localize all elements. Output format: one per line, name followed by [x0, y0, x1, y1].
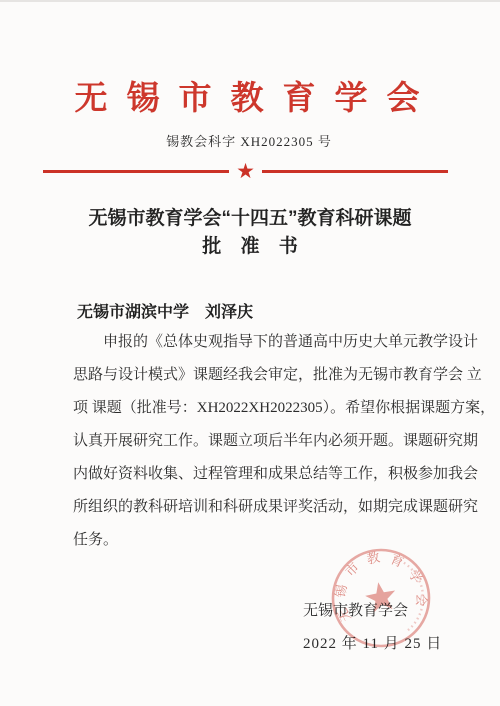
- body-line: 项 课题（批准号：XH2022XH2022305）。希望你根据课题方案，: [73, 392, 445, 425]
- divider-rule-left: [43, 170, 229, 173]
- document-title: 无锡市教育学会“十四五”教育科研课题 批 准 书: [0, 205, 500, 261]
- approval-body-paragraph: 申报的《总体史观指导下的普通高中历史大单元教学设计 思路与设计模式》课题经我会审…: [73, 326, 445, 557]
- letterhead-org-name: 无锡市教育学会: [0, 72, 494, 119]
- body-line: 思路与设计模式》课题经我会审定，批准为无锡市教育学会 立: [73, 359, 445, 392]
- divider-rule-right: [262, 170, 448, 173]
- signature-block: 无锡市教育学会 2022 年 11 月 25 日: [303, 595, 442, 661]
- body-line: 所组织的教科研培训和科研成果评奖活动，如期完成课题研究: [73, 491, 445, 524]
- signature-date: 2022 年 11 月 25 日: [303, 628, 442, 661]
- document-title-line2: 批 准 书: [0, 232, 500, 261]
- body-line: 内做好资料收集、过程管理和成果总结等工作，积极参加我会: [73, 458, 445, 491]
- document-reference-number: 锡教会科字 XH2022305 号: [0, 131, 498, 150]
- document-title-line1: 无锡市教育学会“十四五”教育科研课题: [0, 205, 500, 232]
- recipient-school-and-name: 无锡市湖滨中学 刘泽庆: [77, 299, 253, 322]
- body-line: 任务。: [73, 524, 445, 557]
- body-line: 认真开展研究工作。课题立项后半年内必须开题。课题研究期: [73, 425, 445, 458]
- signature-org-name: 无锡市教育学会: [303, 595, 442, 628]
- star-icon: ★: [236, 161, 255, 182]
- approval-certificate-page: 无锡市教育学会 锡教会科字 XH2022305 号 ★ 无锡市教育学会“十四五”…: [0, 0, 500, 706]
- body-line: 申报的《总体史观指导下的普通高中历史大单元教学设计: [73, 326, 445, 359]
- letterhead-divider: ★: [43, 158, 448, 184]
